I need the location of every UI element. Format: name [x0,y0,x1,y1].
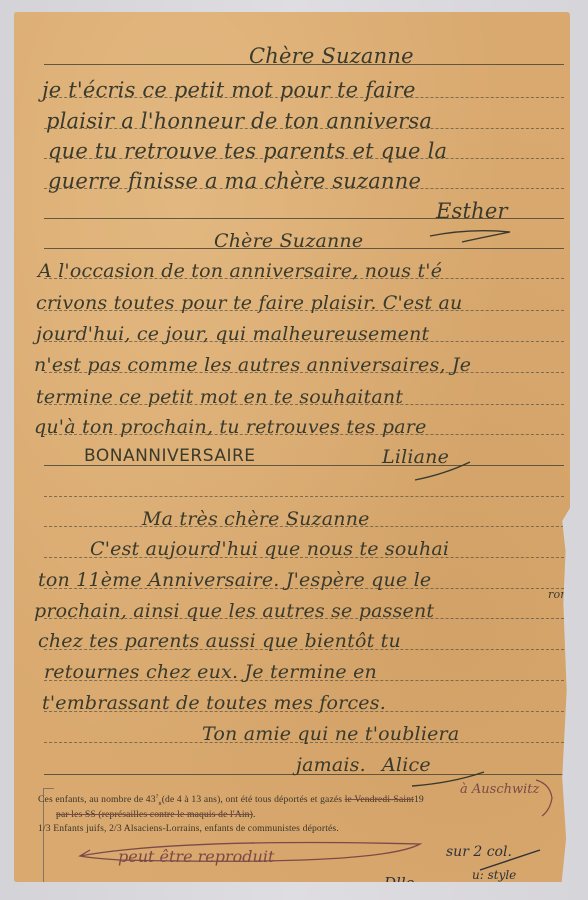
pencil-annotation: sur 2 col. [446,844,512,860]
letter2-line: qu'à ton prochain, tu retrouves tes pare [34,416,427,438]
letter3-line: t'embrassant de toutes mes forces. [42,692,386,714]
letter3-line: C'est aujourd'hui que nous te souhai [90,538,449,560]
caption-line-1: Ces enfants, au nombre de 43?n(de 4 à 13… [38,794,424,807]
letter3-signature: Alice [382,754,431,776]
letter2-line: jourd'hui, ce jour, qui malheureusement [36,323,429,345]
letter3-line: ton 11ème Anniversaire. J'espère que le [38,569,431,591]
letter3-insert: ront [548,588,572,601]
pencil-annotation: 2 inv [526,882,551,893]
ruled-line [44,496,564,497]
letter1-line: que tu retrouve tes parents et que la [48,139,447,163]
letter1-signature: Esther [436,199,508,223]
letter3-closing-line: Ton amie qui ne t'oubliera [202,723,459,745]
caption-text: Ces enfants, au nombre de 43 [38,794,156,805]
caption-struck-text: par les SS (représailles contre le maqui… [56,809,253,820]
scan-background: Chère Suzanne je t'écris ce petit mot po… [0,0,588,900]
pencil-annotation: Dllo - [384,874,425,892]
letter1-line: plaisir a l'honneur de ton anniversa [46,109,432,133]
letter2-signature: Liliane [382,446,449,468]
letter-paper: Chère Suzanne je t'écris ce petit mot po… [14,12,570,882]
letter2-line: crivons toutes pour te faire plaisir. C'… [36,292,462,314]
letter2-line: A l'occasion de ton anniversaire, nous t… [38,260,442,282]
letter2-line: termine ce petit mot en te souhaitant [36,386,403,408]
letter3-line: prochain, ainsi que les autres se passen… [34,600,434,622]
letter3-salutation: Ma très chère Suzanne [142,508,370,530]
letter2-salutation: Chère Suzanne [214,230,363,252]
letter3-line: retournes chez eux. Je termine en [44,661,377,683]
letter3-closing-line: jamais. [296,754,366,776]
caption-superscript: ? [156,794,159,800]
caption-text: 19 [414,794,424,805]
letter1-salutation: Chère Suzanne [249,44,414,68]
caption-line-2: par les SS (représailles contre le maqui… [56,809,256,820]
red-annotation-auschwitz: à Auschwitz [460,782,539,797]
letter1-line: je t'écris ce petit mot pour te faire [42,78,416,102]
red-annotation-reproduce: peut être reproduit [118,847,274,866]
letter2-line: n'est pas comme les autres anniversaires… [34,354,471,376]
caption-struck-text: le Vendredi-Saint [345,794,414,805]
letter1-line: guerre finisse a ma chère suzanne [48,169,421,193]
caption-line-3: 1/3 Enfants juifs, 2/3 Alsaciens-Lorrain… [38,823,339,834]
caption-text: . [253,809,256,820]
letter2-closing: BONANNIVERSAIRE [84,446,256,466]
pencil-annotation: u: style [472,868,516,882]
letter3-line: chez tes parents aussi que bientôt tu [38,630,401,652]
caption-text: (de 4 à 13 ans), ont été tous déportés e… [162,794,345,805]
